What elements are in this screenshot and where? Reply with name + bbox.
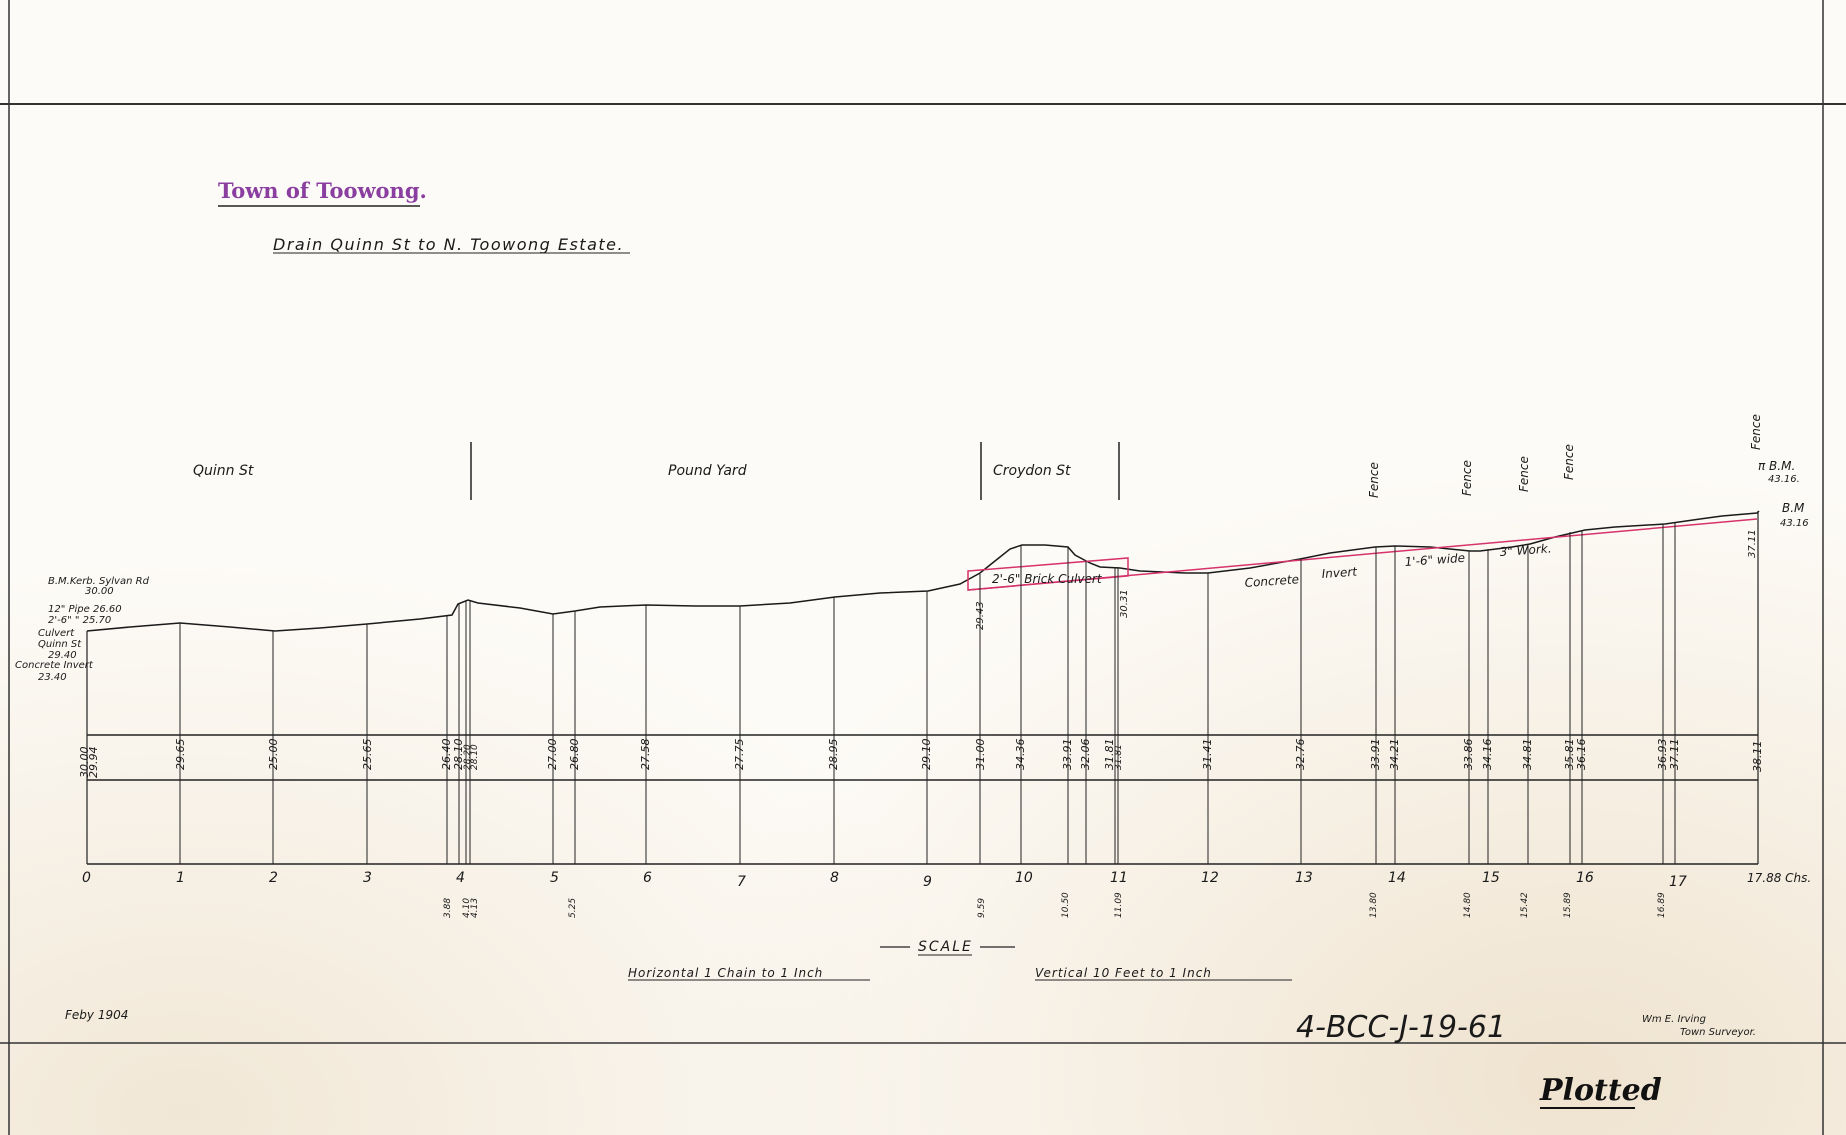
svg-text:33.86: 33.86 bbox=[1462, 739, 1475, 771]
svg-text:Fence: Fence bbox=[1749, 414, 1763, 450]
ground-level-values: 30.00 29.94 29.65 25.00 25.65 26.40 28.1… bbox=[78, 739, 1764, 779]
svg-text:17.88 Chs.: 17.88 Chs. bbox=[1747, 871, 1811, 885]
svg-text:5.25: 5.25 bbox=[568, 898, 578, 918]
svg-text:27.75: 27.75 bbox=[733, 739, 746, 771]
plotted-stamp: Plotted bbox=[1539, 1073, 1662, 1108]
invert-annotation: Invert bbox=[1321, 564, 1358, 581]
svg-text:9.59: 9.59 bbox=[977, 898, 987, 918]
horizontal-scale: Horizontal 1 Chain to 1 Inch bbox=[628, 966, 823, 980]
level-annotation-b: 30.31 bbox=[1119, 589, 1130, 618]
svg-text:15.89: 15.89 bbox=[1563, 892, 1573, 918]
svg-text:34.16: 34.16 bbox=[1481, 739, 1494, 771]
svg-text:31.00: 31.00 bbox=[974, 739, 987, 771]
svg-text:28.10: 28.10 bbox=[470, 744, 480, 770]
svg-text:10.50: 10.50 bbox=[1061, 892, 1071, 918]
svg-text:9: 9 bbox=[923, 874, 932, 890]
svg-text:11: 11 bbox=[1110, 870, 1128, 886]
svg-text:34.36: 34.36 bbox=[1014, 739, 1027, 771]
drawing-subtitle: Drain Quinn St to N. Toowong Estate. bbox=[273, 235, 624, 254]
svg-text:5: 5 bbox=[550, 870, 559, 886]
svg-text:2: 2 bbox=[269, 870, 278, 886]
svg-text:29.10: 29.10 bbox=[920, 739, 933, 771]
ground-profile-line bbox=[87, 511, 1759, 631]
reference-number: 4-BCC-J-19-61 bbox=[1296, 1010, 1506, 1045]
section-label-pound-yard: Pound Yard bbox=[668, 463, 747, 479]
svg-text:1: 1 bbox=[176, 870, 185, 886]
svg-text:11.09: 11.09 bbox=[1114, 892, 1124, 918]
svg-text:Culvert: Culvert bbox=[38, 628, 75, 639]
svg-text:3.88: 3.88 bbox=[443, 898, 453, 918]
svg-text:38.11: 38.11 bbox=[1751, 741, 1764, 773]
svg-text:37.11: 37.11 bbox=[1668, 739, 1681, 771]
svg-text:Concrete Invert: Concrete Invert bbox=[15, 660, 94, 671]
svg-text:0: 0 bbox=[82, 870, 91, 886]
bm-value-right: 43.16 bbox=[1780, 518, 1809, 529]
svg-text:32.76: 32.76 bbox=[1294, 739, 1307, 771]
svg-text:34.81: 34.81 bbox=[1521, 739, 1534, 771]
svg-text:25.00: 25.00 bbox=[267, 739, 280, 771]
concrete-annotation: Concrete bbox=[1244, 572, 1299, 590]
svg-text:32.06: 32.06 bbox=[1079, 739, 1092, 771]
svg-text:4.13: 4.13 bbox=[470, 898, 480, 918]
svg-text:Fence: Fence bbox=[1517, 456, 1531, 492]
surveyor-title: Town Surveyor. bbox=[1680, 1027, 1756, 1038]
work-annotation: 3" Work. bbox=[1499, 541, 1552, 559]
page-title: Town of Toowong. bbox=[218, 178, 427, 203]
svg-text:27.00: 27.00 bbox=[546, 739, 559, 771]
svg-text:15.42: 15.42 bbox=[1520, 892, 1530, 918]
svg-text:26.80: 26.80 bbox=[568, 739, 581, 771]
invert-end-annotation: 37.11 bbox=[1747, 529, 1758, 558]
bm-label-top: π B.M. bbox=[1758, 459, 1795, 473]
svg-text:16.89: 16.89 bbox=[1657, 892, 1667, 918]
svg-text:13.80: 13.80 bbox=[1369, 892, 1379, 918]
svg-text:33.91: 33.91 bbox=[1369, 739, 1382, 771]
svg-text:27.58: 27.58 bbox=[639, 739, 652, 771]
svg-text:12" Pipe 26.60: 12" Pipe 26.60 bbox=[48, 604, 122, 615]
svg-text:29.65: 29.65 bbox=[174, 739, 187, 771]
svg-text:23.40: 23.40 bbox=[38, 672, 67, 683]
section-label-croydon-st: Croydon St bbox=[993, 463, 1071, 479]
svg-text:12: 12 bbox=[1201, 870, 1219, 886]
section-label-quinn-st: Quinn St bbox=[193, 463, 254, 479]
svg-text:6: 6 bbox=[643, 870, 652, 886]
svg-text:29.94: 29.94 bbox=[87, 747, 100, 779]
width-annotation: 1'-6" wide bbox=[1404, 551, 1465, 569]
left-notes: B.M.Kerb. Sylvan Rd 30.00 12" Pipe 26.60… bbox=[15, 576, 150, 683]
station-lines bbox=[180, 523, 1675, 864]
svg-text:15: 15 bbox=[1482, 870, 1500, 886]
scale-heading: SCALE bbox=[918, 939, 973, 955]
svg-text:8: 8 bbox=[830, 870, 839, 886]
svg-text:7: 7 bbox=[737, 874, 746, 890]
svg-text:34.21: 34.21 bbox=[1388, 739, 1401, 771]
surveyor-name: Wm E. Irving bbox=[1642, 1014, 1706, 1025]
chain-axis-labels: 0 1 2 3 4 5 6 7 8 9 10 11 12 13 14 15 16… bbox=[82, 870, 1811, 890]
svg-text:36.16: 36.16 bbox=[1575, 739, 1588, 771]
svg-text:14.80: 14.80 bbox=[1463, 892, 1473, 918]
intermediate-chainages: 3.88 4.10 4.13 5.25 9.59 10.50 11.09 13.… bbox=[443, 892, 1667, 918]
svg-text:3: 3 bbox=[363, 870, 372, 886]
svg-text:28.95: 28.95 bbox=[827, 739, 840, 771]
svg-text:14: 14 bbox=[1388, 870, 1406, 886]
svg-text:2'-6" " 25.70: 2'-6" " 25.70 bbox=[48, 615, 111, 626]
bm-label-right: B.M bbox=[1782, 501, 1805, 515]
svg-text:13: 13 bbox=[1295, 870, 1313, 886]
drawing-date: Feby 1904 bbox=[65, 1008, 128, 1022]
svg-text:25.65: 25.65 bbox=[361, 739, 374, 771]
svg-text:4: 4 bbox=[456, 870, 465, 886]
fence-labels: Fence Fence Fence Fence Fence bbox=[1367, 414, 1763, 498]
bm-value-top: 43.16. bbox=[1768, 474, 1800, 485]
svg-text:31.81: 31.81 bbox=[1114, 744, 1124, 770]
svg-text:10: 10 bbox=[1015, 870, 1033, 886]
svg-text:Fence: Fence bbox=[1367, 462, 1381, 498]
svg-text:30.00: 30.00 bbox=[85, 586, 114, 597]
svg-text:31.41: 31.41 bbox=[1201, 739, 1214, 771]
svg-text:33.91: 33.91 bbox=[1061, 739, 1074, 771]
datum-band bbox=[87, 511, 1758, 864]
svg-text:16: 16 bbox=[1576, 870, 1594, 886]
vertical-scale: Vertical 10 Feet to 1 Inch bbox=[1035, 966, 1212, 980]
svg-text:17: 17 bbox=[1669, 874, 1687, 890]
svg-text:Fence: Fence bbox=[1460, 460, 1474, 496]
drawing-sheet: Town of Toowong. Drain Quinn St to N. To… bbox=[0, 0, 1846, 1135]
svg-text:Fence: Fence bbox=[1562, 444, 1576, 480]
svg-text:Quinn St: Quinn St bbox=[38, 639, 82, 650]
